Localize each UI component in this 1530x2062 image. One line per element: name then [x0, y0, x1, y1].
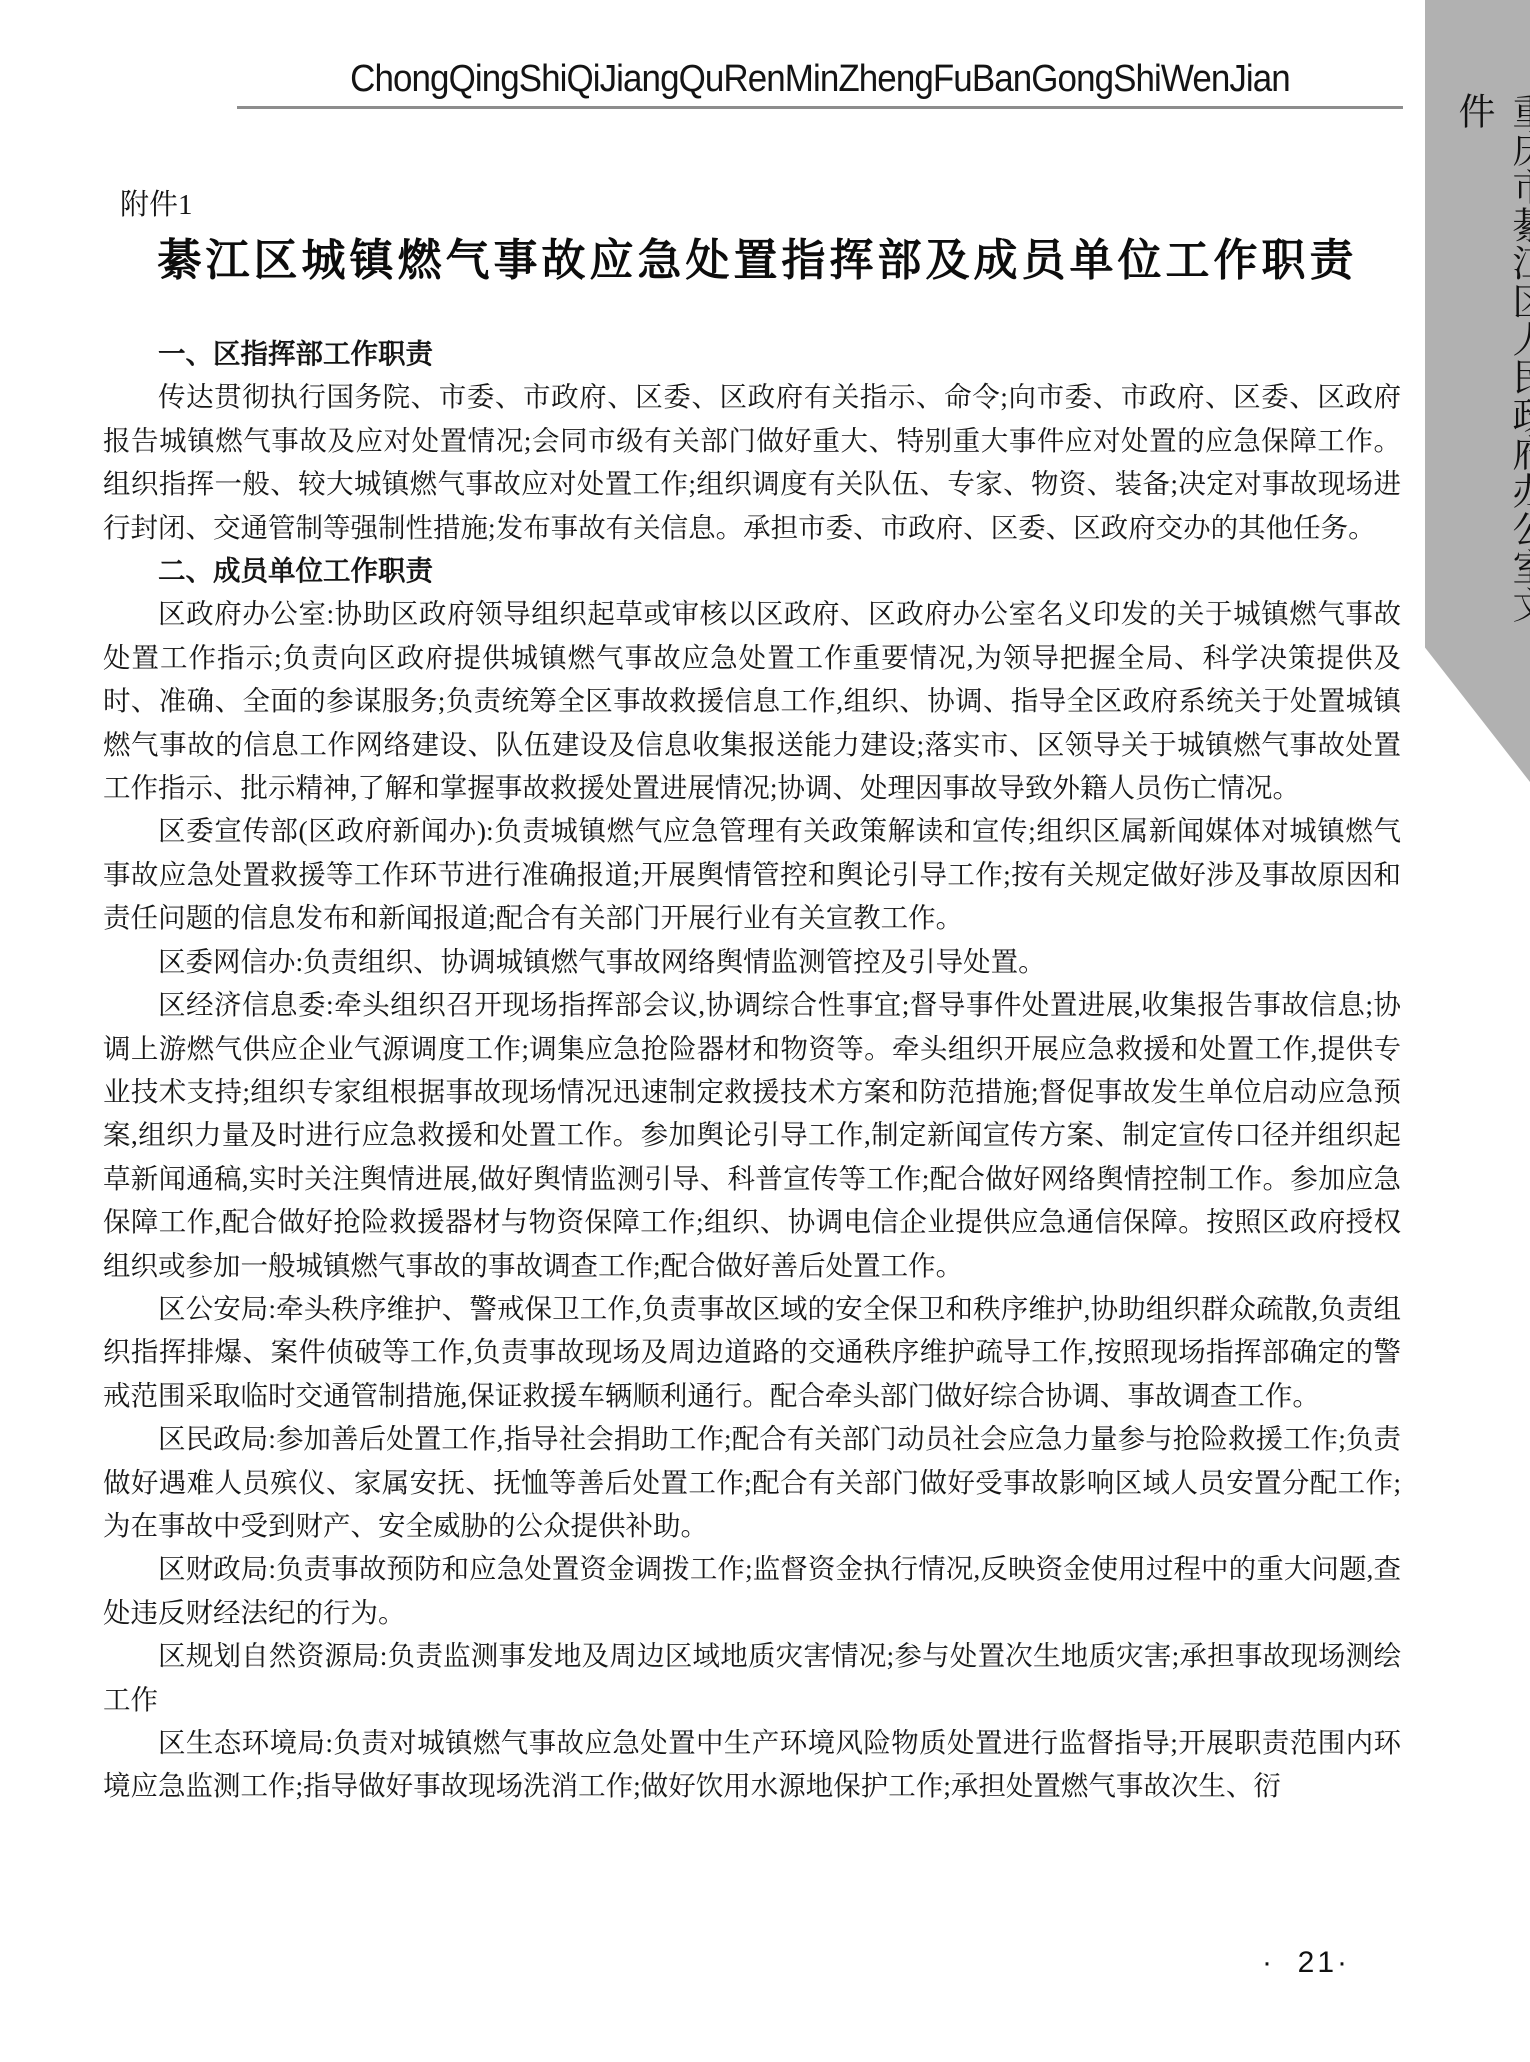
document-title: 綦江区城镇燃气事故应急处置指挥部及成员单位工作职责 — [110, 224, 1405, 288]
body-paragraph: 区经济信息委:牵头组织召开现场指挥部会议,协调综合性事宜;督导事件处置进展,收集… — [103, 983, 1401, 1287]
body-paragraph: 区公安局:牵头秩序维护、警戒保卫工作,负责事故区域的安全保卫和秩序维护,协助组织… — [103, 1287, 1401, 1417]
body-paragraph: 区财政局:负责事故预防和应急处置资金调拨工作;监督资金执行情况,反映资金使用过程… — [103, 1547, 1401, 1634]
attachment-label: 附件1 — [120, 182, 193, 223]
header-romanized-title: ChongQingShiQiJiangQuRenMinZhengFuBanGon… — [284, 58, 1357, 101]
body-paragraph: 区民政局:参加善后处置工作,指导社会捐助工作;配合有关部门动员社会应急力量参与抢… — [103, 1417, 1401, 1547]
side-ribbon-banner: 重庆市綦江区人民政府办公室文件 — [1425, 0, 1530, 782]
body-paragraph: 区政府办公室:协助区政府领导组织起草或审核以区政府、区政府办公室名义印发的关于城… — [103, 592, 1401, 809]
section-heading: 二、成员单位工作职责 — [103, 549, 1401, 592]
document-body: 一、区指挥部工作职责传达贯彻执行国务院、市委、市政府、区委、区政府有关指示、命令… — [103, 332, 1401, 1808]
body-paragraph: 传达贯彻执行国务院、市委、市政府、区委、区政府有关指示、命令;向市委、市政府、区… — [103, 375, 1401, 549]
section-heading: 一、区指挥部工作职责 — [103, 332, 1401, 375]
body-paragraph: 区委宣传部(区政府新闻办):负责城镇燃气应急管理有关政策解读和宣传;组织区属新闻… — [103, 809, 1401, 939]
page-number: · 21· — [1262, 1946, 1350, 1980]
document-page: ChongQingShiQiJiangQuRenMinZhengFuBanGon… — [0, 0, 1530, 2062]
banner-vertical-title: 重庆市綦江区人民政府办公室文件 — [1445, 92, 1530, 652]
body-paragraph: 区委网信办:负责组织、协调城镇燃气事故网络舆情监测管控及引导处置。 — [103, 940, 1401, 983]
body-paragraph: 区生态环境局:负责对城镇燃气事故应急处置中生产环境风险物质处置进行监督指导;开展… — [103, 1721, 1401, 1808]
body-paragraph: 区规划自然资源局:负责监测事发地及周边区域地质灾害情况;参与处置次生地质灾害;承… — [103, 1634, 1401, 1721]
header-rule — [237, 106, 1403, 109]
